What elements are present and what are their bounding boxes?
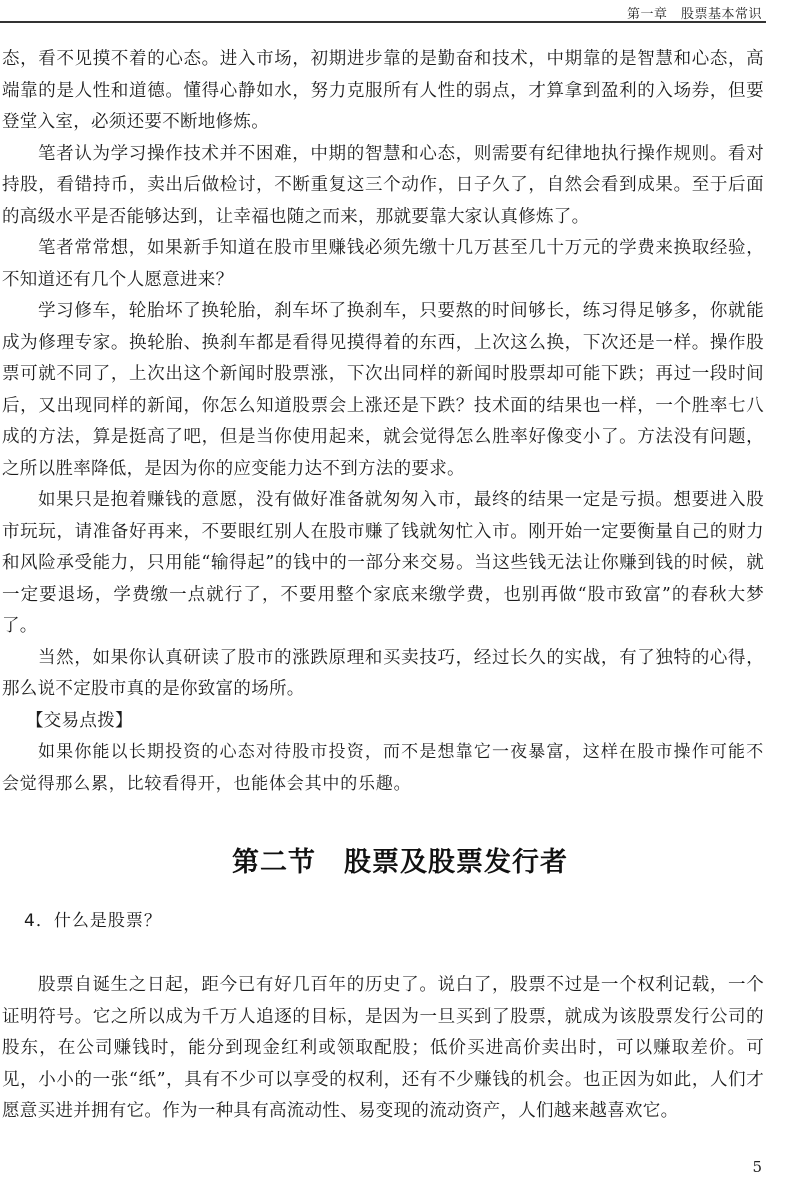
body-text-top: 态，看不见摸不着的心态。进入市场，初期进步靠的是勤奋和技术，中期靠的是智慧和心态… <box>2 44 764 800</box>
page-number: 5 <box>752 1158 762 1176</box>
paragraph: 笔者认为学习操作技术并不困难，中期的智慧和心态，则需要有纪律地执行操作规则。看对… <box>2 139 764 234</box>
paragraph: 如果只是抱着赚钱的意愿，没有做好准备就匆匆入市，最终的结果一定是亏损。想要进入股… <box>2 485 764 643</box>
body-text-bottom: 股票自诞生之日起，距今已有好几百年的历史了。说白了，股票不过是一个权利记载，一个… <box>2 970 764 1128</box>
section-title: 第二节 股票及股票发行者 <box>0 840 800 879</box>
paragraph: 学习修车，轮胎坏了换轮胎，刹车坏了换刹车，只要熬的时间够长，练习得足够多，你就能… <box>2 296 764 485</box>
paragraph: 当然，如果你认真研读了股市的涨跌原理和买卖技巧，经过长久的实战，有了独特的心得，… <box>2 643 764 706</box>
trading-tip-text: 如果你能以长期投资的心态对待股市投资，而不是想靠它一夜暴富，这样在股市操作可能不… <box>2 737 764 800</box>
chapter-title: 第一章 股票基本常识 <box>627 3 762 22</box>
question-heading: 4．什么是股票？ <box>24 906 162 931</box>
paragraph: 笔者常常想，如果新手知道在股市里赚钱必须先缴十几万甚至几十万元的学费来换取经验，… <box>2 233 764 296</box>
header-rule <box>0 21 766 23</box>
running-header: 第一章 股票基本常识 <box>0 0 800 22</box>
paragraph: 态，看不见摸不着的心态。进入市场，初期进步靠的是勤奋和技术，中期靠的是智慧和心态… <box>2 44 764 139</box>
trading-tip-label: 【交易点拨】 <box>2 706 764 738</box>
paragraph: 股票自诞生之日起，距今已有好几百年的历史了。说白了，股票不过是一个权利记载，一个… <box>2 970 764 1128</box>
